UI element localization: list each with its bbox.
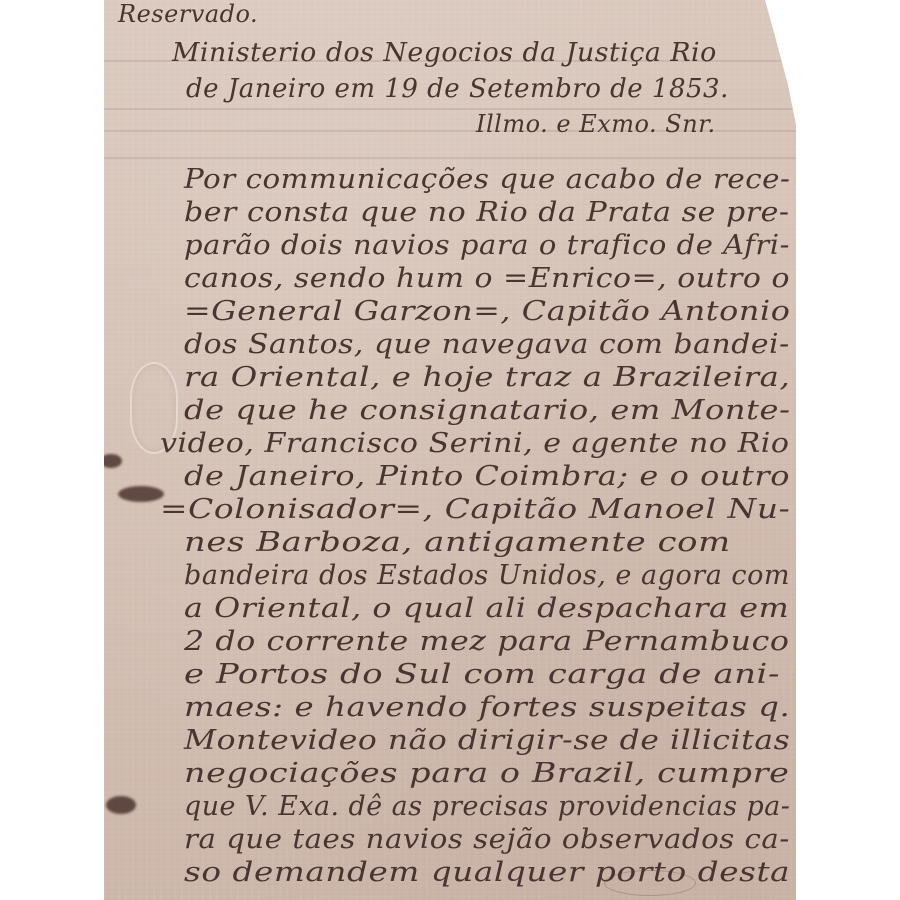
body-line: nes Barboza, antigamente com (184, 529, 731, 556)
body-line: dos Santos, que navegava com bandei- (184, 331, 790, 358)
heading-date-line: de Janeiro em 19 de Setembro de 1853. (186, 76, 729, 102)
body-line: bandeira dos Estados Unidos, e agora com (184, 562, 790, 589)
body-line: maes: e havendo fortes suspeitas q. (184, 694, 790, 721)
manuscript-text: Reservado. Ministerio dos Negocios da Ju… (104, 0, 796, 900)
body-line: so demandem qualquer porto desta (184, 859, 790, 886)
body-line: =General Garzon=, Capitão Antonio (184, 298, 790, 325)
body-line: de que he consignatario, em Monte- (184, 397, 790, 424)
body-line: ber consta que no Rio da Prata se pre- (184, 199, 790, 226)
body-line: Por communicações que acabo de rece- (184, 166, 790, 193)
salutation: Illmo. e Exmo. Snr. (476, 112, 716, 136)
manuscript-page: Reservado. Ministerio dos Negocios da Ju… (104, 0, 796, 900)
body-line: ra que taes navios sejão observados ca- (184, 826, 790, 853)
heading-top-word: Reservado. (118, 2, 258, 26)
body-line: =Colonisador=, Capitão Manoel Nu- (160, 496, 790, 523)
body-line: de Janeiro, Pinto Coimbra; e o outro (184, 463, 790, 490)
body-line: video, Francisco Serini, e agente no Rio (160, 430, 790, 457)
body-line: canos, sendo hum o =Enrico=, outro o (184, 265, 790, 292)
body-line: 2 do corrente mez para Pernambuco (184, 628, 790, 655)
body-line: Montevideo não dirigir-se de illicitas (184, 727, 790, 754)
body-line: e Portos do Sul com carga de ani- (184, 661, 780, 688)
document-viewer: Reservado. Ministerio dos Negocios da Ju… (0, 0, 900, 900)
body-line: que V. Exa. dê as precisas providencias … (184, 793, 790, 820)
body-line: ra Oriental, e hoje traz a Brazileira, (184, 364, 790, 391)
body-line: a Oriental, o qual ali despachara em (184, 595, 789, 622)
heading-place-line: Ministerio dos Negocios da Justiça Rio (172, 40, 717, 66)
body-line: negociações para o Brazil, cumpre (184, 760, 789, 787)
body-line: parão dois navios para o trafico de Afri… (184, 232, 790, 259)
